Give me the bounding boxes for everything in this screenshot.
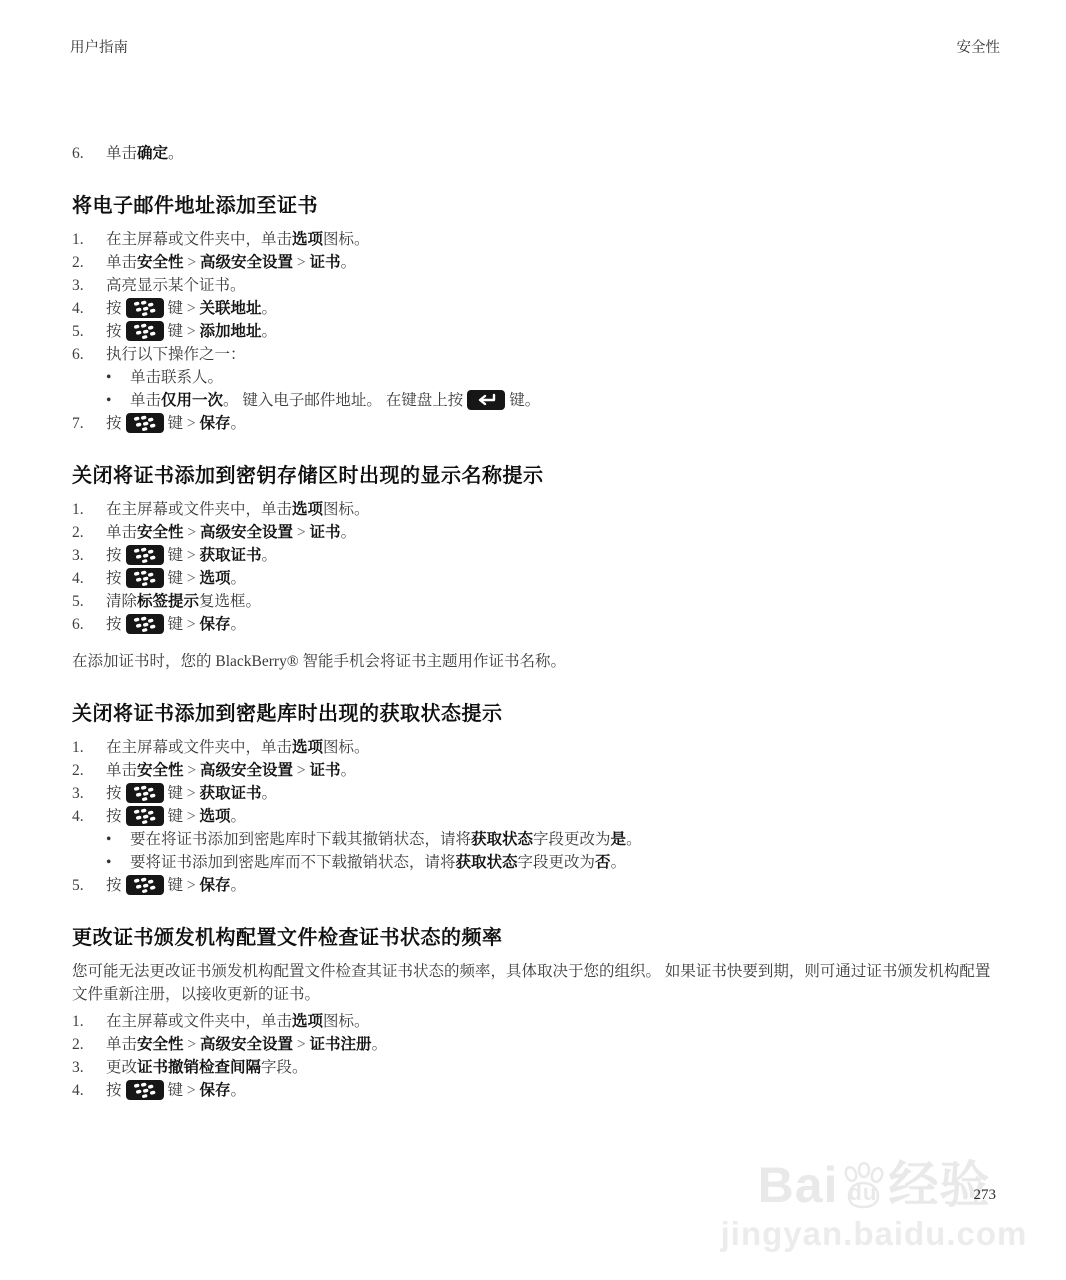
- text-run: 按: [106, 323, 122, 340]
- list-number: 3.: [72, 274, 106, 297]
- bold-text-run: 保存: [200, 415, 231, 432]
- text-run: 字段。: [261, 1059, 308, 1076]
- bullet-marker: •: [106, 389, 130, 412]
- list-item-text: 要将证书添加到密匙库而不下载撤销状态，请将获取状态字段更改为否。: [130, 851, 1002, 874]
- list-item-text: 执行以下操作之一：: [106, 343, 1002, 366]
- list-number: 5.: [72, 874, 106, 897]
- blackberry-menu-key-icon: [126, 875, 164, 895]
- text-run: 。: [611, 854, 627, 871]
- text-run: >: [187, 570, 200, 587]
- section-step-list: 1.在主屏幕或文件夹中，单击选项图标。2.单击安全性 > 高级安全设置 > 证书…: [72, 228, 1002, 435]
- text-run: 单击: [106, 762, 137, 779]
- list-item: 4.按键 > 选项。: [72, 805, 1002, 828]
- bold-text-run: 否: [595, 854, 611, 871]
- section: 将电子邮件地址添加至证书1.在主屏幕或文件夹中，单击选项图标。2.单击安全性 >…: [72, 193, 1002, 435]
- text-run: >: [187, 415, 200, 432]
- bold-text-run: 安全性: [137, 524, 184, 541]
- blackberry-menu-key-icon: [126, 545, 164, 565]
- list-item: 1.在主屏幕或文件夹中，单击选项图标。: [72, 1010, 1002, 1033]
- list-item: 6.按键 > 保存。: [72, 613, 1002, 636]
- list-item-text: 按键 > 保存。: [106, 613, 1002, 636]
- list-item: 6.执行以下操作之一：: [72, 343, 1002, 366]
- list-item: 1.在主屏幕或文件夹中，单击选项图标。: [72, 498, 1002, 521]
- text-run: 在主屏幕或文件夹中，单击: [106, 501, 292, 518]
- bold-text-run: 选项: [292, 739, 323, 756]
- list-item-text: 在主屏幕或文件夹中，单击选项图标。: [106, 1010, 1002, 1033]
- list-number: 2.: [72, 1033, 106, 1056]
- list-number: 6.: [72, 613, 106, 636]
- section-step-list: 1.在主屏幕或文件夹中，单击选项图标。2.单击安全性 > 高级安全设置 > 证书…: [72, 498, 1002, 636]
- blackberry-menu-key-icon: [126, 413, 164, 433]
- text-run: 键: [168, 808, 187, 825]
- bold-text-run: 确定: [137, 145, 168, 162]
- list-item: 5.按键 > 添加地址。: [72, 320, 1002, 343]
- list-item-text: 单击确定。: [106, 142, 1002, 165]
- header-left-title: 用户指南: [70, 36, 128, 57]
- bold-text-run: 获取证书: [200, 785, 262, 802]
- text-run: 。: [231, 616, 247, 633]
- blackberry-menu-key-icon: [126, 321, 164, 341]
- text-run: 。 键入电子邮件地址。 在键盘上按: [223, 392, 463, 409]
- baidu-jingyan-logo: Baidu经验: [706, 1156, 1042, 1214]
- list-item: 7.按键 > 保存。: [72, 412, 1002, 435]
- list-item: 1.在主屏幕或文件夹中，单击选项图标。: [72, 228, 1002, 251]
- text-run: 图标。: [323, 1013, 370, 1030]
- list-item-text: 按键 > 保存。: [106, 874, 1002, 897]
- watermark-url: jingyan.baidu.com: [706, 1214, 1042, 1254]
- list-number: 5.: [72, 590, 106, 613]
- list-number: 1.: [72, 736, 106, 759]
- bold-text-run: 获取状态: [456, 854, 518, 871]
- text-run: 要将证书添加到密匙库而不下载撤销状态，请将: [130, 854, 456, 871]
- page-header: 用户指南 安全性: [70, 36, 1000, 57]
- blackberry-menu-key-icon: [126, 1080, 164, 1100]
- section: 关闭将证书添加到密钥存储区时出现的显示名称提示1.在主屏幕或文件夹中，单击选项图…: [72, 463, 1002, 673]
- text-run: 。: [231, 877, 247, 894]
- bullet-marker: •: [106, 366, 130, 389]
- bullet-marker: •: [106, 828, 130, 851]
- text-run: >: [293, 524, 310, 541]
- text-run: 。: [231, 808, 247, 825]
- list-number: 4.: [72, 567, 106, 590]
- page-number: 273: [974, 1187, 997, 1204]
- text-run: 单击: [106, 524, 137, 541]
- list-item: •单击仅用一次。 键入电子邮件地址。 在键盘上按键。: [72, 389, 1002, 412]
- text-run: 。: [262, 323, 278, 340]
- text-run: 键: [168, 785, 187, 802]
- list-number: 1.: [72, 1010, 106, 1033]
- list-number: 1.: [72, 498, 106, 521]
- document-body: 6.单击确定。 将电子邮件地址添加至证书1.在主屏幕或文件夹中，单击选项图标。2…: [72, 142, 1002, 1102]
- bold-text-run: 选项: [292, 1013, 323, 1030]
- text-run: 按: [106, 616, 122, 633]
- list-item-text: 更改证书撤销检查间隔字段。: [106, 1056, 1002, 1079]
- bold-text-run: 选项: [292, 231, 323, 248]
- bold-text-run: 证书: [310, 524, 341, 541]
- text-run: 。: [262, 300, 278, 317]
- text-run: 键: [168, 547, 187, 564]
- list-item: 5.按键 > 保存。: [72, 874, 1002, 897]
- list-number: 1.: [72, 228, 106, 251]
- text-run: 。: [341, 762, 357, 779]
- blackberry-menu-key-icon: [126, 298, 164, 318]
- bold-text-run: 选项: [200, 808, 231, 825]
- text-run: 单击联系人。: [130, 369, 223, 386]
- list-item-text: 按键 > 关联地址。: [106, 297, 1002, 320]
- bullet-marker: •: [106, 851, 130, 874]
- bold-text-run: 选项: [200, 570, 231, 587]
- list-item: •要将证书添加到密匙库而不下载撤销状态，请将获取状态字段更改为否。: [72, 851, 1002, 874]
- list-item: 6.单击确定。: [72, 142, 1002, 165]
- text-run: 清除: [106, 593, 137, 610]
- list-item: 4.按键 > 关联地址。: [72, 297, 1002, 320]
- section-paragraph: 您可能无法更改证书颁发机构配置文件检查其证书状态的频率，具体取决于您的组织。 如…: [72, 960, 1002, 1006]
- list-item: 2.单击安全性 > 高级安全设置 > 证书。: [72, 759, 1002, 782]
- text-run: 单击: [106, 1036, 137, 1053]
- text-run: 单击: [106, 145, 137, 162]
- list-item: 3.按键 > 获取证书。: [72, 544, 1002, 567]
- note-text: 在添加证书时，您的 BlackBerry® 智能手机会将证书主题用作证书名称。: [72, 650, 1002, 673]
- text-run: >: [184, 1036, 201, 1053]
- bold-text-run: 关联地址: [200, 300, 262, 317]
- list-item-text: 要在将证书添加到密匙库时下载其撤销状态，请将获取状态字段更改为是。: [130, 828, 1002, 851]
- text-run: 键: [168, 616, 187, 633]
- text-run: >: [187, 300, 200, 317]
- text-run: 字段更改为: [533, 831, 611, 848]
- text-run: >: [187, 877, 200, 894]
- bold-text-run: 高级安全设置: [200, 254, 293, 271]
- list-item-text: 单击安全性 > 高级安全设置 > 证书注册。: [106, 1033, 1002, 1056]
- bold-text-run: 证书: [310, 762, 341, 779]
- section-heading: 关闭将证书添加到密钥存储区时出现的显示名称提示: [72, 463, 1002, 489]
- text-run: 。: [231, 1082, 247, 1099]
- text-run: 图标。: [323, 231, 370, 248]
- header-right-title: 安全性: [957, 36, 1001, 57]
- text-run: 要在将证书添加到密匙库时下载其撤销状态，请将: [130, 831, 471, 848]
- bold-text-run: 证书撤销检查间隔: [137, 1059, 261, 1076]
- text-run: >: [293, 254, 310, 271]
- bold-text-run: 高级安全设置: [200, 524, 293, 541]
- bold-text-run: 高级安全设置: [200, 762, 293, 779]
- text-run: >: [187, 785, 200, 802]
- list-item-text: 按键 > 获取证书。: [106, 782, 1002, 805]
- intro-list: 6.单击确定。: [72, 142, 1002, 165]
- bold-text-run: 标签提示: [137, 593, 199, 610]
- text-run: 执行以下操作之一：: [106, 346, 246, 363]
- baidu-paw-icon: du: [839, 1162, 887, 1212]
- text-run: 键: [168, 300, 187, 317]
- text-run: 高亮显示某个证书。: [106, 277, 246, 294]
- section: 更改证书颁发机构配置文件检查证书状态的频率您可能无法更改证书颁发机构配置文件检查…: [72, 925, 1002, 1102]
- bold-text-run: 选项: [292, 501, 323, 518]
- section-heading: 更改证书颁发机构配置文件检查证书状态的频率: [72, 925, 1002, 951]
- text-run: 在主屏幕或文件夹中，单击: [106, 1013, 292, 1030]
- list-item-text: 按键 > 获取证书。: [106, 544, 1002, 567]
- list-number: 6.: [72, 343, 106, 366]
- list-item: 3.按键 > 获取证书。: [72, 782, 1002, 805]
- text-run: 。: [341, 254, 357, 271]
- list-item-text: 单击联系人。: [130, 366, 1002, 389]
- bold-text-run: 安全性: [137, 254, 184, 271]
- text-run: 。: [168, 145, 184, 162]
- list-item-text: 高亮显示某个证书。: [106, 274, 1002, 297]
- text-run: >: [187, 1082, 200, 1099]
- text-run: 按: [106, 415, 122, 432]
- text-run: 。: [231, 415, 247, 432]
- list-item-text: 在主屏幕或文件夹中，单击选项图标。: [106, 228, 1002, 251]
- bold-text-run: 保存: [200, 1082, 231, 1099]
- text-run: 按: [106, 808, 122, 825]
- watermark-brand-middle: du: [848, 1182, 877, 1204]
- list-item: 5.清除标签提示复选框。: [72, 590, 1002, 613]
- text-run: 键: [168, 570, 187, 587]
- bold-text-run: 安全性: [137, 1036, 184, 1053]
- baidu-watermark: Baidu经验 jingyan.baidu.com: [706, 1156, 1042, 1254]
- text-run: >: [187, 616, 200, 633]
- section-heading: 将电子邮件地址添加至证书: [72, 193, 1002, 219]
- list-number: 7.: [72, 412, 106, 435]
- bold-text-run: 添加地址: [200, 323, 262, 340]
- text-run: 按: [106, 570, 122, 587]
- blackberry-menu-key-icon: [126, 783, 164, 803]
- list-item-text: 按键 > 选项。: [106, 567, 1002, 590]
- list-number: 2.: [72, 521, 106, 544]
- text-run: 键: [168, 877, 187, 894]
- list-number: 5.: [72, 320, 106, 343]
- text-run: 按: [106, 547, 122, 564]
- list-item-text: 在主屏幕或文件夹中，单击选项图标。: [106, 736, 1002, 759]
- section-heading: 关闭将证书添加到密匙库时出现的获取状态提示: [72, 701, 1002, 727]
- text-run: 按: [106, 877, 122, 894]
- text-run: >: [184, 254, 201, 271]
- text-run: 按: [106, 785, 122, 802]
- list-item: •要在将证书添加到密匙库时下载其撤销状态，请将获取状态字段更改为是。: [72, 828, 1002, 851]
- bold-text-run: 是: [611, 831, 627, 848]
- text-run: 更改: [106, 1059, 137, 1076]
- list-item: 2.单击安全性 > 高级安全设置 > 证书注册。: [72, 1033, 1002, 1056]
- section-step-list: 1.在主屏幕或文件夹中，单击选项图标。2.单击安全性 > 高级安全设置 > 证书…: [72, 1010, 1002, 1102]
- text-run: 按: [106, 300, 122, 317]
- blackberry-menu-key-icon: [126, 568, 164, 588]
- list-item-text: 单击安全性 > 高级安全设置 > 证书。: [106, 521, 1002, 544]
- text-run: 键。: [509, 392, 540, 409]
- text-run: 图标。: [323, 501, 370, 518]
- list-item: 4.按键 > 选项。: [72, 567, 1002, 590]
- list-item: 2.单击安全性 > 高级安全设置 > 证书。: [72, 521, 1002, 544]
- list-item-text: 按键 > 保存。: [106, 412, 1002, 435]
- watermark-brand-suffix: 经验: [888, 1157, 990, 1213]
- list-item: 1.在主屏幕或文件夹中，单击选项图标。: [72, 736, 1002, 759]
- bold-text-run: 仅用一次: [161, 392, 223, 409]
- list-item-text: 在主屏幕或文件夹中，单击选项图标。: [106, 498, 1002, 521]
- list-item-text: 单击安全性 > 高级安全设置 > 证书。: [106, 759, 1002, 782]
- list-item-text: 单击仅用一次。 键入电子邮件地址。 在键盘上按键。: [130, 389, 1002, 412]
- text-run: 在主屏幕或文件夹中，单击: [106, 231, 292, 248]
- text-run: 。: [231, 570, 247, 587]
- blackberry-menu-key-icon: [126, 806, 164, 826]
- section: 关闭将证书添加到密匙库时出现的获取状态提示1.在主屏幕或文件夹中，单击选项图标。…: [72, 701, 1002, 897]
- text-run: 。: [626, 831, 642, 848]
- text-run: 。: [372, 1036, 388, 1053]
- text-run: >: [184, 524, 201, 541]
- list-item: 3.更改证书撤销检查间隔字段。: [72, 1056, 1002, 1079]
- text-run: 字段更改为: [518, 854, 596, 871]
- bold-text-run: 安全性: [137, 762, 184, 779]
- list-number: 6.: [72, 142, 106, 165]
- bold-text-run: 证书: [310, 254, 341, 271]
- list-item-text: 单击安全性 > 高级安全设置 > 证书。: [106, 251, 1002, 274]
- text-run: 复选框。: [199, 593, 261, 610]
- list-item: 4.按键 > 保存。: [72, 1079, 1002, 1102]
- list-item-text: 按键 > 保存。: [106, 1079, 1002, 1102]
- text-run: >: [187, 323, 200, 340]
- text-run: 键: [168, 415, 187, 432]
- bold-text-run: 获取状态: [471, 831, 533, 848]
- watermark-brand-prefix: Bai: [758, 1157, 839, 1213]
- text-run: >: [184, 762, 201, 779]
- bold-text-run: 高级安全设置: [200, 1036, 293, 1053]
- list-item: 2.单击安全性 > 高级安全设置 > 证书。: [72, 251, 1002, 274]
- list-number: 4.: [72, 805, 106, 828]
- list-item-text: 按键 > 添加地址。: [106, 320, 1002, 343]
- bold-text-run: 获取证书: [200, 547, 262, 564]
- text-run: >: [293, 1036, 310, 1053]
- text-run: 。: [262, 547, 278, 564]
- text-run: >: [293, 762, 310, 779]
- list-item-text: 清除标签提示复选框。: [106, 590, 1002, 613]
- section-step-list: 1.在主屏幕或文件夹中，单击选项图标。2.单击安全性 > 高级安全设置 > 证书…: [72, 736, 1002, 897]
- text-run: 图标。: [323, 739, 370, 756]
- list-item: 3.高亮显示某个证书。: [72, 274, 1002, 297]
- blackberry-menu-key-icon: [126, 614, 164, 634]
- list-number: 2.: [72, 251, 106, 274]
- text-run: 。: [262, 785, 278, 802]
- list-item: •单击联系人。: [72, 366, 1002, 389]
- list-number: 4.: [72, 1079, 106, 1102]
- bold-text-run: 证书注册: [310, 1036, 372, 1053]
- enter-key-icon: [467, 390, 505, 410]
- list-number: 3.: [72, 782, 106, 805]
- bold-text-run: 保存: [200, 877, 231, 894]
- text-run: 在主屏幕或文件夹中，单击: [106, 739, 292, 756]
- text-run: 键: [168, 1082, 187, 1099]
- bold-text-run: 保存: [200, 616, 231, 633]
- text-run: >: [187, 808, 200, 825]
- document-page: { "header": { "left": "用户指南", "right": "…: [0, 0, 1066, 1280]
- text-run: >: [187, 547, 200, 564]
- text-run: 按: [106, 1082, 122, 1099]
- text-run: 键: [168, 323, 187, 340]
- list-item-text: 按键 > 选项。: [106, 805, 1002, 828]
- text-run: 单击: [130, 392, 161, 409]
- list-number: 2.: [72, 759, 106, 782]
- list-number: 3.: [72, 544, 106, 567]
- text-run: 单击: [106, 254, 137, 271]
- text-run: 。: [341, 524, 357, 541]
- list-number: 3.: [72, 1056, 106, 1079]
- sections-container: 将电子邮件地址添加至证书1.在主屏幕或文件夹中，单击选项图标。2.单击安全性 >…: [72, 193, 1002, 1102]
- list-number: 4.: [72, 297, 106, 320]
